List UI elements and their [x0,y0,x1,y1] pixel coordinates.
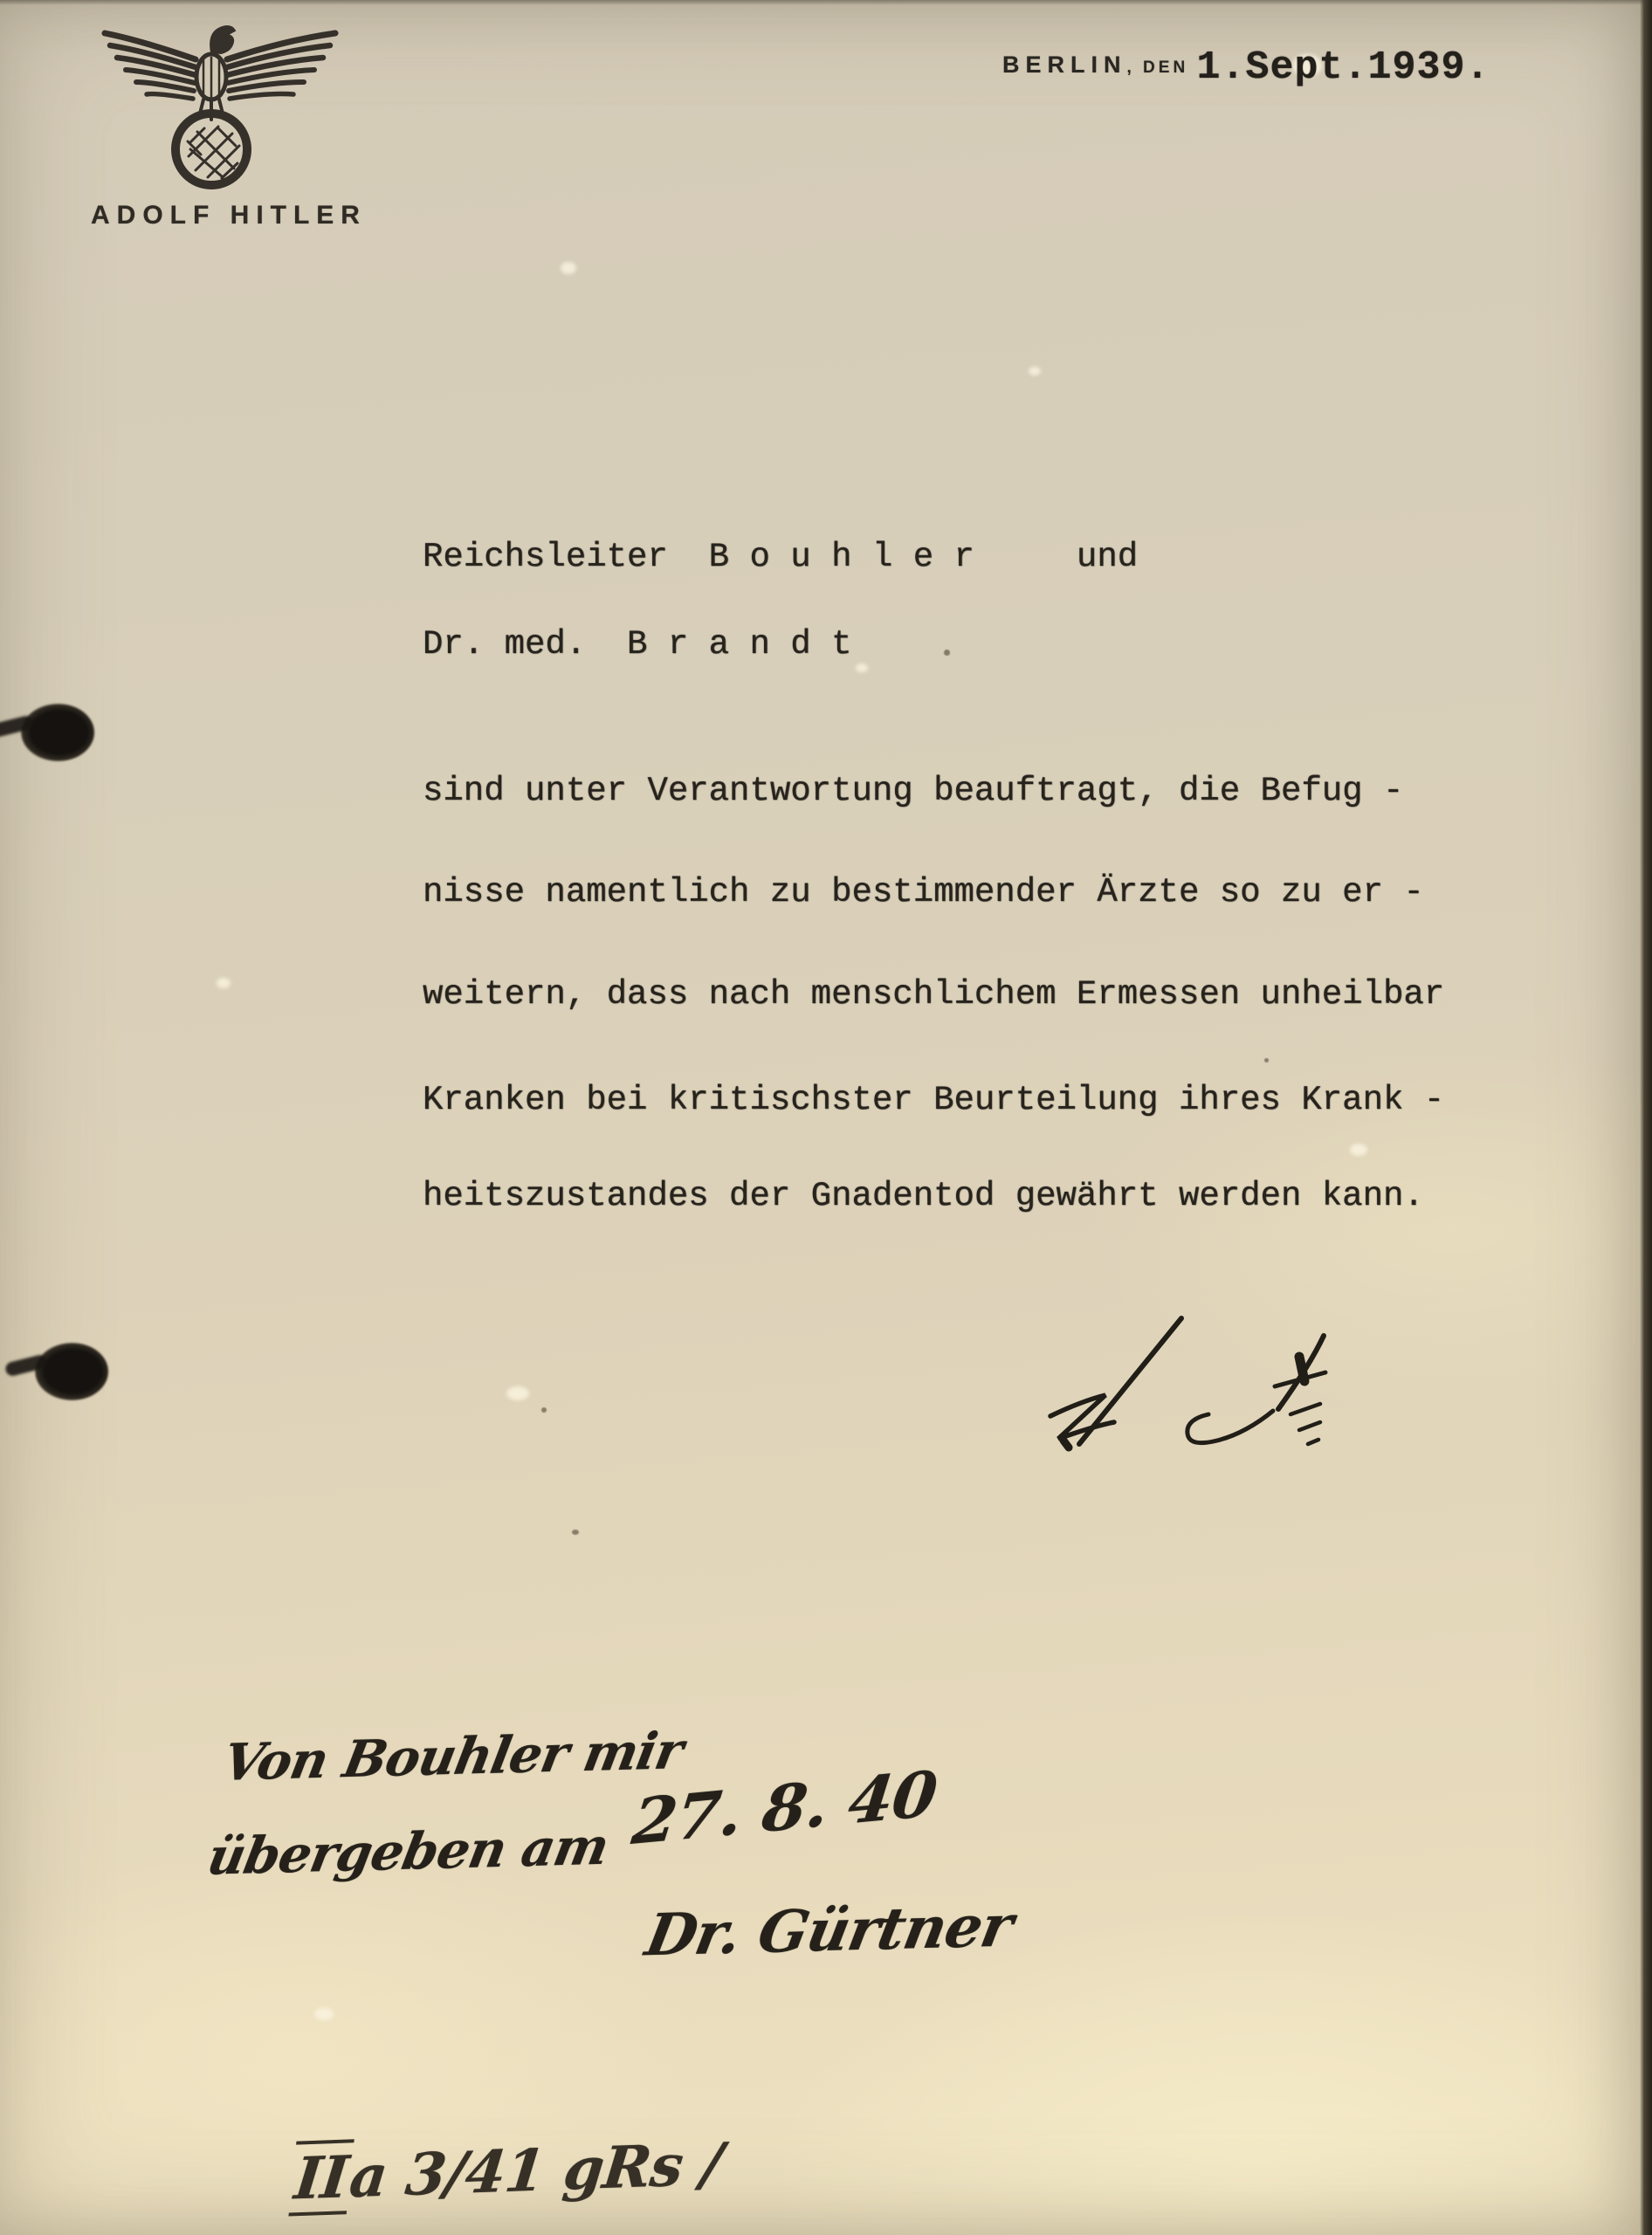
dateline: BERLIN, DEN 1.Sept.1939. [1002,45,1490,90]
annotation-signature: Dr. Gürtner [648,1896,1010,1964]
dateline-particle: , DEN [1127,58,1197,77]
eagle-emblem-icon [98,14,342,194]
body-line: weitern, dass nach menschlichem Ermessen… [423,975,1444,1014]
registry-rest: a 3/41 gRs / [347,2129,726,2211]
paper-fleck [506,1386,529,1400]
paper-fleck [856,664,868,672]
signature-scribble [1002,1311,1352,1461]
paper-dot [572,1530,579,1535]
paper-fleck [1350,1144,1367,1156]
recipient-line: Dr. med. B r a n d t [423,625,851,664]
annotation-line-2: übergeben am27. 8. 40 [211,1805,927,1880]
dateline-date: 1.Sept.1939. [1196,45,1490,90]
registry-roman: II [288,2139,354,2216]
photo-edge-right [1640,0,1652,2235]
annotation-line-2-text: übergeben am [203,1817,612,1887]
photo-edge-top [0,0,1652,5]
punch-hole [21,704,94,761]
letterhead-name: ADOLF HITLER [91,201,367,230]
body-line: Kranken bei kritischster Beurteilung ihr… [423,1081,1444,1119]
recipient-line: Reichsleiter B o u h l e r und [423,538,1138,576]
dateline-place: BERLIN [1002,52,1127,78]
paper-dot [541,1407,547,1413]
paper-fleck [561,262,576,274]
body-line: sind unter Verantwortung beauftragt, die… [423,772,1403,810]
body-line: heitszustandes der Gnadentod gewährt wer… [423,1177,1424,1215]
paper-fleck [1029,367,1041,375]
paper-fleck [314,2008,334,2020]
registry-mark: IIa 3/41 gRs / [293,2137,721,2205]
annotation-line-1: Von Bouhler mir [225,1727,680,1786]
punch-hole [35,1343,108,1400]
paper-dot [1264,1058,1269,1062]
paper-dot [944,650,950,656]
paper-fleck [217,978,231,988]
body-line: nisse namentlich zu bestimmender Ärzte s… [423,873,1424,911]
document-page: ADOLF HITLER BERLIN, DEN 1.Sept.1939. Re… [0,0,1652,2235]
